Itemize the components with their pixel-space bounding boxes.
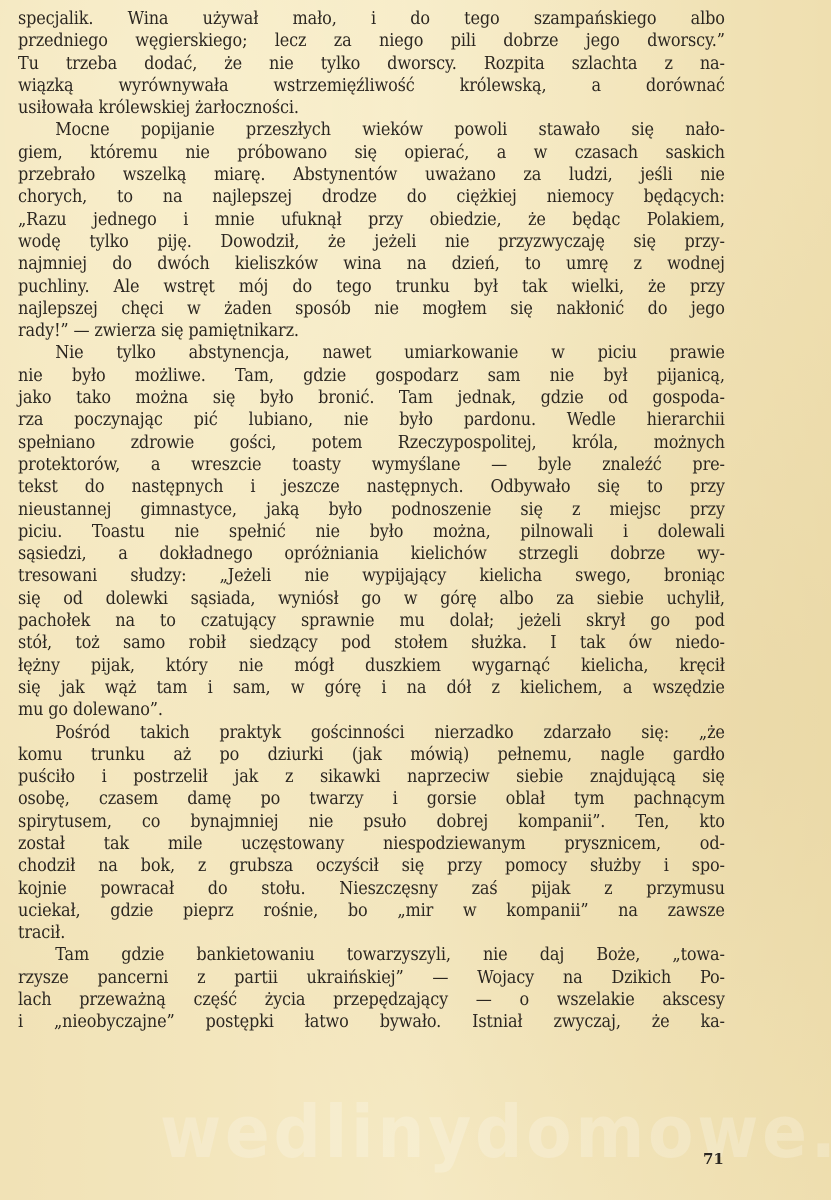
text-line: spirytusem, co bynajmniej nie psuło dobr… <box>18 811 725 833</box>
text-line: puściło i postrzelił jak z sikawki naprz… <box>18 766 725 788</box>
text-line: stół, toż samo robił siedzący pod stołem… <box>18 632 725 654</box>
text-line: przedniego węgierskiego; lecz za niego p… <box>18 30 725 52</box>
text-line: specjalik. Wina używał mało, i do tego s… <box>18 8 725 30</box>
text-line: i „nieobyczajne” postępki łatwo bywało. … <box>18 1011 725 1033</box>
text-line: puchliny. Ale wstręt mój do tego trunku … <box>18 276 725 298</box>
text-line: łężny pijak, który nie mógł duszkiem wyg… <box>18 655 725 677</box>
paragraph-first-line: Mocne popijanie przeszłych wieków powoli… <box>18 119 725 141</box>
text-line: pachołek na to czatujący sprawnie mu dol… <box>18 610 725 632</box>
text-line: tracił. <box>18 922 725 944</box>
text-line: sąsiedzi, a dokładnego opróżniania kieli… <box>18 543 725 565</box>
text-line: spełniano zdrowie gości, potem Rzeczypos… <box>18 432 725 454</box>
text-line: lach przeważną część życia przepędzający… <box>18 989 725 1011</box>
text-line: piciu. Toastu nie spełnić nie było można… <box>18 521 725 543</box>
text-line: chodził na bok, z grubsza oczyścił się p… <box>18 855 725 877</box>
text-line: rady!” — zwierza się pamiętnikarz. <box>18 320 725 342</box>
text-line: wiązką wyrównywała wstrzemięźliwość król… <box>18 75 725 97</box>
text-line: przebrało wszelką miarę. Abstynentów uwa… <box>18 164 725 186</box>
text-line: uciekał, gdzie pieprz rośnie, bo „mir w … <box>18 900 725 922</box>
text-line: mu go dolewano”. <box>18 699 725 721</box>
text-line: „Razu jednego i mnie ufuknął przy obiedz… <box>18 209 725 231</box>
page-body: specjalik. Wina używał mało, i do tego s… <box>18 8 725 1034</box>
text-line: jako tako można się było bronić. Tam jed… <box>18 387 725 409</box>
text-line: tresowani słudzy: „Jeżeli nie wypijający… <box>18 565 725 587</box>
text-line: Tu trzeba dodać, że nie tylko dworscy. R… <box>18 53 725 75</box>
text-line: najmniej do dwóch kieliszków wina na dzi… <box>18 253 725 275</box>
text-line: osobę, czasem damę po twarzy i gorsie ob… <box>18 788 725 810</box>
text-line: giem, któremu nie próbowano się opierać,… <box>18 142 725 164</box>
text-line: nieustannej gimnastyce, jaką było podnos… <box>18 499 725 521</box>
text-line: rzysze pancerni z partii ukraińskiej” — … <box>18 967 725 989</box>
paragraph-first-line: Tam gdzie bankietowaniu towarzyszyli, ni… <box>18 944 725 966</box>
text-line: tekst do następnych i jeszcze następnych… <box>18 476 725 498</box>
text-line: został tak mile uczęstowany niespodziewa… <box>18 833 725 855</box>
text-line: wodę tylko piję. Dowodził, że jeżeli nie… <box>18 231 725 253</box>
text-line: się od dolewki sąsiada, wyniósł go w gór… <box>18 588 725 610</box>
text-line: chorych, to na najlepszej drodze do cięż… <box>18 186 725 208</box>
text-line: rza poczynając pić lubiano, nie było par… <box>18 409 725 431</box>
page-number: 71 <box>703 1150 724 1168</box>
paragraph-first-line: Pośród takich praktyk gościnności nierza… <box>18 722 725 744</box>
watermark: wedlinydomowe.pl <box>160 1090 831 1174</box>
text-line: protektorów, a wreszcie toasty wymyślane… <box>18 454 725 476</box>
text-line: najlepszej chęci w żaden sposób nie mogł… <box>18 298 725 320</box>
text-line: usiłowała królewskiej żarłoczności. <box>18 97 725 119</box>
text-line: komu trunku aż po dziurki (jak mówią) pe… <box>18 744 725 766</box>
text-line: nie było możliwe. Tam, gdzie gospodarz s… <box>18 365 725 387</box>
paragraph-first-line: Nie tylko abstynencja, nawet umiarkowani… <box>18 342 725 364</box>
text-line: kojnie powracał do stołu. Nieszczęsny za… <box>18 878 725 900</box>
text-line: się jak wąż tam i sam, w górę i na dół z… <box>18 677 725 699</box>
